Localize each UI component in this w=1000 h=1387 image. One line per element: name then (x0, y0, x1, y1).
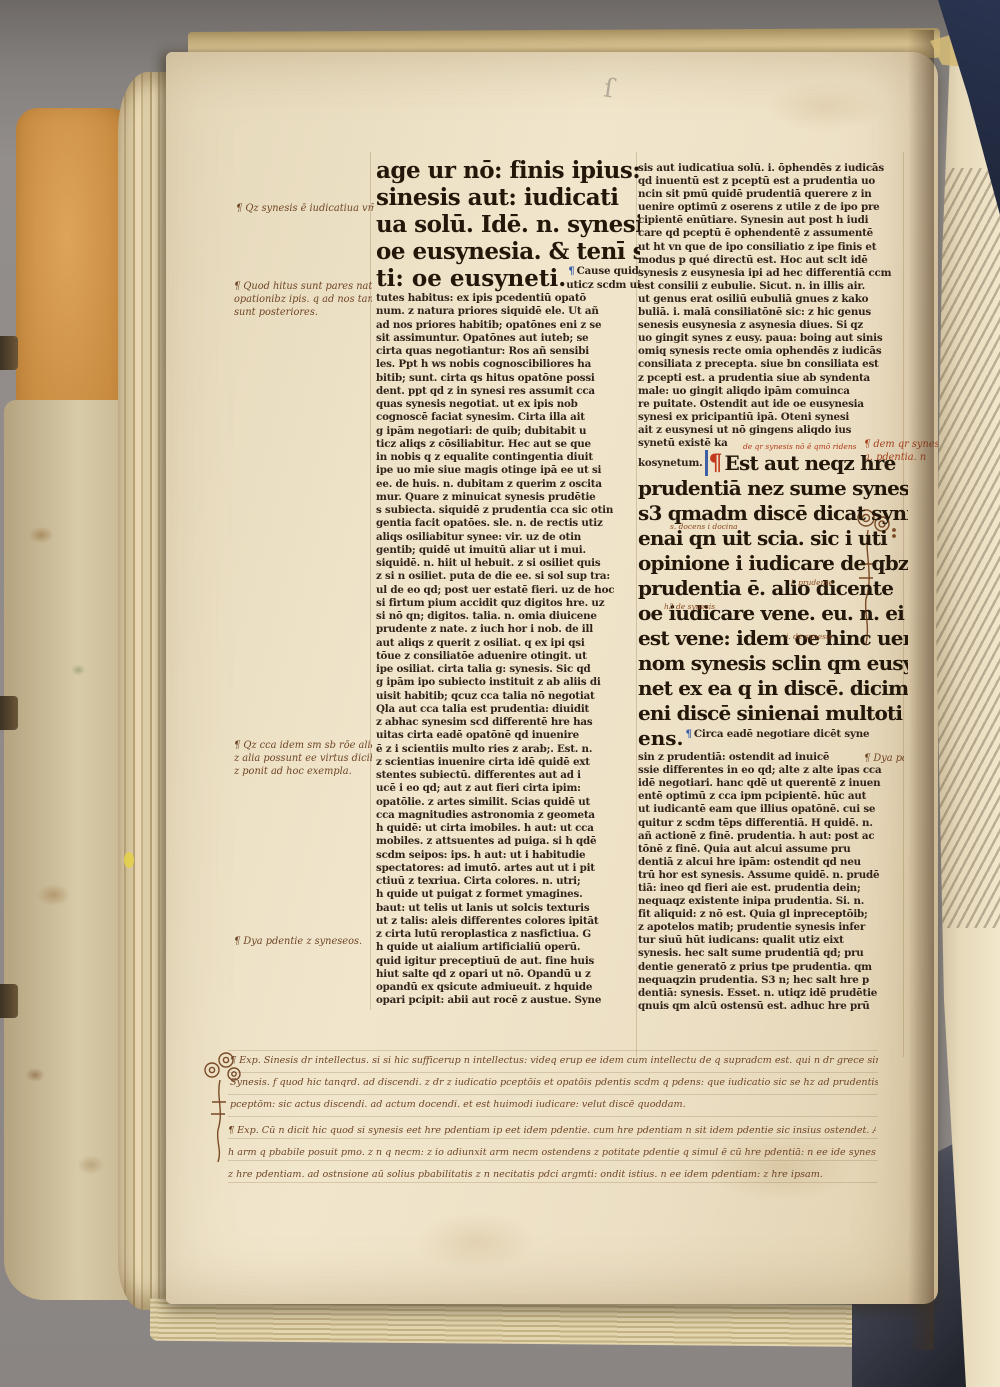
body-resume: Circa eadē negotiare dicēt syne (694, 728, 870, 739)
text-line: z alia possunt ee virtus dicibz (234, 752, 372, 765)
pencil-mark: ſ (602, 73, 616, 104)
text-line: cirta quas negotiantur: Ros añ sensibi (376, 345, 640, 358)
commentary-lines: sin z prudentiā: ostendit ad inuicēssie … (638, 751, 908, 1013)
text-line: gentib; quidē ut imuitū aliar ut i mui. (376, 544, 640, 557)
text-line: z abhac synesim scd differentē hre has (376, 716, 640, 729)
clasp-fitting (0, 696, 18, 730)
display-wrap-row: ens. ¶Circa eadē negotiare dicēt syne (638, 726, 908, 751)
text-line: spectatores: ad imutō. artes aut ut i pi… (376, 862, 640, 875)
text-line: ipe osiliat. cirta talia g: synesis. Sic… (376, 663, 640, 676)
text-line: qnuis qm alcū ostensū est. adhuc hre prū (638, 1000, 908, 1013)
text-line: tōue z consiliatōe aduenire otingit. ut (376, 650, 640, 663)
interlinear-gloss: s. docens i docina (670, 522, 738, 531)
text-line: est consilii z eubulie. Sicut. n. in ill… (638, 280, 908, 293)
text-line: ¶ Dya pdentie z syneseos. (234, 935, 372, 948)
text-line: opinione i iudicare de qbz (638, 551, 908, 576)
text-line: uisit habitib; qcuz cca talia nō negotia… (376, 690, 640, 703)
interlinear-gloss: de qr synesis nō ē qmō ridens (743, 442, 857, 451)
text-line: synesi ex pricipantiū ipā. Oteni synesi (638, 411, 908, 424)
text-line: z cirta lutū reroplastica z nasfictiua. … (376, 928, 640, 941)
text-line: qd inuentū est z pceptū est a prudentia … (638, 175, 908, 188)
body-start: Cause quidē (577, 265, 640, 277)
text-line: dentie generatō z prius tpe prudentia. q… (638, 961, 908, 974)
text-line: sunt posteriores. (234, 306, 372, 319)
text-line: ut z talis: aleis differentes colores ip… (376, 915, 640, 928)
text-line: net ex ea q in discē. dicim (638, 676, 908, 701)
text-line: nequaqzin prudentia. S3 n; hec salt hre … (638, 974, 908, 987)
text-line: ul de eo qd; post uer estatē fieri. uz d… (376, 584, 640, 597)
commentary-lines: tutes habitus: ex ipis pcedentiū opatōnu… (376, 292, 640, 1008)
text-line: añ actionē z finē. prudentia. h aut: pos… (638, 830, 908, 843)
right-text-column: sis aut iudicatiua solū. i. ōphendēs z i… (638, 162, 908, 1013)
text-line: bitib; sunt. cirta qs hitus opatōne poss… (376, 372, 640, 385)
display-line: Est aut neqz hre (725, 450, 896, 476)
display-line: ens. (638, 726, 684, 751)
text-line: consiliata z precepta. siue bn consiliat… (638, 358, 908, 371)
text-line: ncin sit pmū quidē prudentiā querere z i… (638, 188, 908, 201)
text-line: ucē i eo qd; aut z aut fieri cirta ipim: (376, 782, 640, 795)
text-line: si firtum pium accidit quz digitos hre. … (376, 597, 640, 610)
text-line: hiut salte qd z opari ut nō. Opandū u z (376, 968, 640, 981)
text-line: modus p qué directū est. Hoc aut sclt id… (638, 254, 908, 267)
text-line: ē z i scientiis multo ries z arab;. Est.… (376, 743, 640, 756)
text-line: num. z natura priores siquidē ele. Ut añ (376, 305, 640, 318)
text-line: ¶ Qz synesis ē iudicatiua vm̄ (236, 202, 374, 215)
parchment-stain (416, 1212, 536, 1272)
text-line: opari pcipit: abii aut rocē z austue. Sy… (376, 994, 640, 1007)
text-line: z pcepti est. a prudentia siue ab synden… (638, 372, 908, 385)
body-start: uticz scdm uir (566, 279, 640, 293)
interlinear-gloss: i. de synesis (786, 632, 832, 641)
text-line: dentiā z alcui hre ipām: ostendit qd neu (638, 856, 908, 869)
text-line: h quide ut puigat z formet ymagines. (376, 888, 640, 901)
text-line: ¶ Qz cca idem sm sb rōe alia (234, 739, 372, 752)
text-line: z ponit ad hoc exempla. (234, 765, 372, 778)
text-line: gentia facit opatōes. sle. n. de rectis … (376, 517, 640, 530)
text-line: prudentiā nez sume synesis. (638, 476, 908, 501)
text-line: opandū ex qsicute admiueuit. z hquide (376, 981, 640, 994)
text-line: ut ht vn que de ipo consiliatio z ipe fi… (638, 241, 908, 254)
text-line: entē optimū z cca ipm pcipientē. hūc aut (638, 790, 908, 803)
text-line: ad nos priores habitib; opatōnes eni z s… (376, 319, 640, 332)
text-line: z scientias inuenire cirta idē quidē ext (376, 756, 640, 769)
rubric-pilcrow-icon: ¶ (705, 450, 723, 476)
text-line: s subiecta. siquidē z prudentia cca sic … (376, 504, 640, 517)
text-line: prudentia ē. alio dicente (638, 576, 908, 601)
text-line: ipe uo mie siue magis otinge ipā ee ut s… (376, 464, 640, 477)
text-line: male: uo gingit aliqdo ipām comuinca (638, 385, 908, 398)
text-line: h quidē: ut cirta imobiles. h aut: ut cc… (376, 822, 640, 835)
text-line: ctiuū z texriua. Cirta colores. n. utri; (376, 875, 640, 888)
text-line: quitur z scdm tēps differentiā. H quidē.… (638, 817, 908, 830)
text-line: idē negotiari. hanc qdē ut querentē z in… (638, 777, 908, 790)
commentary-lines: sis aut iudicatiua solū. i. ōphendēs z i… (638, 162, 908, 450)
text-line: aut aliqs z querit z osiliat. q ex ipi q… (376, 637, 640, 650)
text-line: z hre pdentiam. ad ostnsione aū solius p… (228, 1164, 876, 1186)
text-line: Synesis. f quod hic tanqrd. ad discendi.… (230, 1072, 878, 1094)
text-line: prudente z nate. z iuch hor i nob. de il… (376, 623, 640, 636)
display-wrap-row: ti: oe eusyneti. ¶Cause quidē uticz scdm… (376, 265, 640, 292)
clasp-fitting (0, 336, 18, 370)
text-line: dent. ppt qd z in synesi res assumit cca (376, 385, 640, 398)
text-line: mur. Quare z minuicat synesis prudētie (376, 491, 640, 504)
text-line: mobiles. z attsuentes ad puiga. si h qdē (376, 835, 640, 848)
parchment-stain (766, 82, 886, 132)
text-line: cognoscē faciat synesim. Cirta illa ait (376, 411, 640, 424)
text-line: cipientē enūtiare. Synesin aut post h iu… (638, 214, 908, 227)
text-line: opatōlie. z artes similit. Scias quidē u… (376, 796, 640, 809)
bottom-commentary-note: ¶ Exp. Sinesis dr intellectus. si si hic… (230, 1050, 878, 1116)
text-line: siquidē. n. hiit ul hebuit. z si osiliet… (376, 557, 640, 570)
text-line: stentes subiectū. differentes aut ad i (376, 769, 640, 782)
text-line: g ipām ipo subiecto instituit z ab aliis… (376, 676, 640, 689)
text-line: ¶ Exp. Sinesis dr intellectus. si si hic… (230, 1050, 878, 1072)
margin-note: ¶ Qz synesis ē iudicatiua vm̄ (236, 202, 374, 215)
text-line: pceptōm: sic actus discendi. ad actum do… (230, 1094, 878, 1116)
pilcrow-icon: ¶ (686, 728, 692, 739)
text-line: les. Ppt h ws nobis cognoscibiliores ha (376, 358, 640, 371)
text-line: sit assimuntur. Opatōnes aut iuteb; se (376, 332, 640, 345)
text-line: ¶ Quod hitus sunt pares natura (234, 280, 372, 293)
text-line: in nobis q z equalite contingentia diuit (376, 451, 640, 464)
text-line: si nō qn; digitos. talia. n. omia diuice… (376, 610, 640, 623)
text-line: tiā: ineo qd fieri aie est. prudentia de… (638, 882, 908, 895)
text-line: h quide ut aialium artificialiū operū. (376, 941, 640, 954)
edge-stain (124, 852, 134, 868)
interlinear-gloss: i. prudente (791, 578, 833, 587)
margin-note: ¶ Qz cca idem sm sb rōe aliaz alia possu… (234, 739, 372, 778)
text-line: care qd pceptū ē ophendentē z assumentē (638, 227, 908, 240)
interlinear-gloss: h3 de synesis (664, 602, 715, 611)
text-line: sis aut iudicatiua solū. i. ōphendēs z i… (638, 162, 908, 175)
text-line: ait z eusynesi ut nō gingens aliqdo ius (638, 424, 908, 437)
text-line: est vene: idem oe hinc uenit (638, 626, 908, 651)
text-line: ticz aliqs z cōsiliabitur. Hec aut se qu… (376, 438, 640, 451)
text-line: z apotelos matib; prudentie synesis infe… (638, 921, 908, 934)
text-line: baut: ut telis ut lanis ut solcis textur… (376, 902, 640, 915)
text-line: ua solū. Idē. n. synesis: (376, 211, 640, 238)
text-line: fit aliquid: z nō est. Quia gl inprecept… (638, 908, 908, 921)
leaf-shadow (908, 30, 934, 1350)
text-line: opationibz ipis. q ad nos tamī (234, 293, 372, 306)
text-line: nequaqz existente inipa prudentia. Si. n… (638, 895, 908, 908)
text-line: ut iudicantē eam que illius opatōnē. cui… (638, 803, 908, 816)
text-line: z si n osiliet. puta de die ee. si sol s… (376, 570, 640, 583)
display-line: ti: oe eusyneti. (376, 265, 566, 292)
text-line: age ur nō: finis ipius: (376, 157, 640, 184)
margin-note: ¶ Quod hitus sunt pares naturaopationibz… (234, 280, 372, 319)
textblock-bottom-edge (150, 1299, 912, 1348)
text-line: quid igitur preceptiuū de aut. fine huis (376, 955, 640, 968)
text-line: tutes habitus: ex ipis pcedentiū opatō (376, 292, 640, 305)
text-line: buliā. i. malā consiliatōnē sic: z hic g… (638, 306, 908, 319)
text-line: nom synesis sclin qm eusy (638, 651, 908, 676)
manuscript-page: ſ ¶ Qz synesis ē iudicatiua vm̄ ¶ Quod h… (166, 52, 938, 1304)
text-line: uitas cirta eadē opatōnē qd inuenire (376, 729, 640, 742)
text-line: uo gingit synes z eusy. paua: boing aut … (638, 332, 908, 345)
text-line: uenire optimū z oserens z utile z de ipo… (638, 201, 908, 214)
display-script-lines: age ur nō: finis ipius:sinesis aut: iudi… (376, 157, 640, 265)
clasp-fitting (0, 984, 18, 1018)
pilcrow-icon: ¶ (568, 265, 574, 277)
text-line: tōnē z finē. Quia aut alcui assume pru (638, 843, 908, 856)
bottom-commentary-note: ¶ Exp. Cū n dicit hic quod si synesis ee… (228, 1120, 876, 1186)
text-line: senesis eusynesia z asynesia diues. Si q… (638, 319, 908, 332)
text-line: dentiā: synesis. Esset. n. utiqz idē pru… (638, 987, 908, 1000)
text-line: cca magnitudies astronomia z geometa (376, 809, 640, 822)
text-line: scdm seipos: ips. h aut: ut i habitudie (376, 849, 640, 862)
text-line: h arm q pbabile posuit pmo. z n q necm: … (228, 1142, 876, 1164)
text-line: oe eusynesia. & tenī syne (376, 238, 640, 265)
manuscript-photo: ſ ¶ Qz synesis ē iudicatiua vm̄ ¶ Quod h… (0, 0, 1000, 1387)
text-line: synesis z eusynesia ipi ad hec different… (638, 267, 908, 280)
left-text-column: age ur nō: finis ipius:sinesis aut: iudi… (376, 157, 640, 1008)
text-line: ut genus erat osiliū eubuliā gnues z kak… (638, 293, 908, 306)
text-line: quas synesis negotiat. ut ex ipis nob (376, 398, 640, 411)
text-line: Qla aut cca talia est prudentia: diuidit (376, 703, 640, 716)
text-line: ssie differentes in eo qd; alte z alte i… (638, 764, 908, 777)
text-line: trū hor est synesis. Assume quidē. n. pr… (638, 869, 908, 882)
text-line: omiq synesis recte omia ophendēs z iudic… (638, 345, 908, 358)
text-line: eni discē sinienai multoti (638, 701, 908, 726)
text-line: sinesis aut: iudicati (376, 184, 640, 211)
text-line: aliqs osiliabitur synee: vir. uz de otin (376, 531, 640, 544)
display-wrap-row: kosynetum. ¶ Est aut neqz hre (638, 450, 908, 476)
spine-vellum (4, 400, 128, 1300)
text-line: re puitate. Ostendit aut ide oe eusynesi… (638, 398, 908, 411)
text-line: ¶ Exp. Cū n dicit hic quod si synesis ee… (228, 1120, 876, 1142)
text-line: ee. de huis. n. dubitam z querim z oscit… (376, 478, 640, 491)
text-line: tur siuū hūt iudicans: qualit utiz eixt (638, 934, 908, 947)
text-line: synesis. hec salt sume prudentiā qd; pru (638, 947, 908, 960)
margin-note: ¶ Dya pdentie z syneseos. (234, 935, 372, 948)
text-line: sin z prudentiā: ostendit ad inuicē (638, 751, 908, 764)
commentary-word: kosynetum. (638, 450, 703, 476)
text-line: g ipām negotiari: de quib; dubitabit u (376, 425, 640, 438)
